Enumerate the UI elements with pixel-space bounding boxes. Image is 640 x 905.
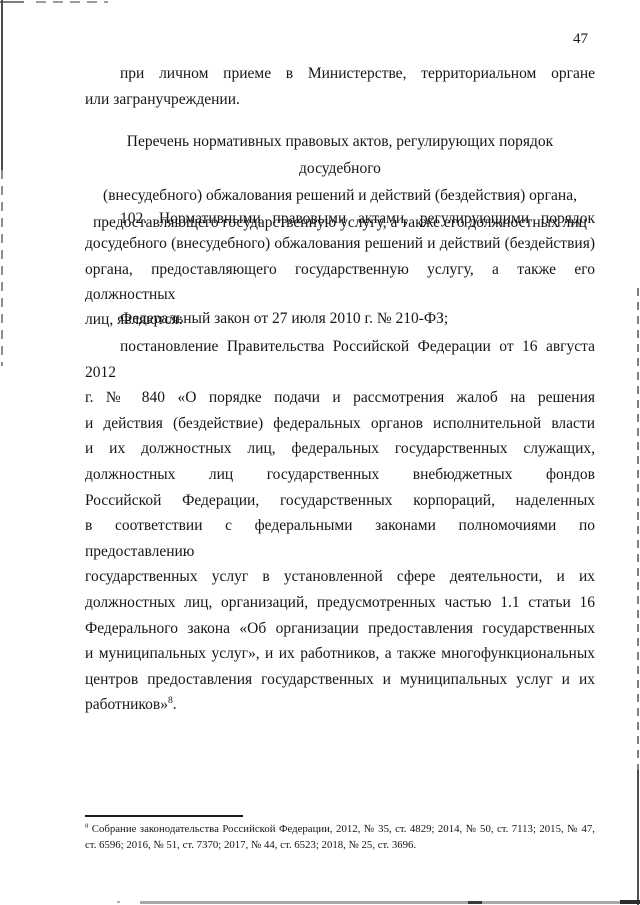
paragraph-law-210fz: Федеральный закон от 27 июля 2010 г. № 2… (85, 306, 595, 331)
scan-artifact-left-dashes (1, 170, 3, 366)
footnote: 8 Собрание законодательства Российской Ф… (85, 821, 595, 853)
text-line: Федеральный закон от 27 июля 2010 г. № 2… (85, 306, 595, 331)
text-line: Российской Федерации, государственных ко… (85, 488, 595, 514)
footnote-text: Собрание законодательства Российской Фед… (88, 823, 595, 835)
last-line-period: . (173, 696, 177, 713)
paragraph-resolution-840-last-line: работников»8. (85, 692, 595, 718)
text-line: досудебного (внесудебного) обжалования р… (85, 231, 595, 256)
text-line: должностных лиц государственных внебюдже… (85, 462, 595, 488)
text-line: при личном приеме в Министерстве, террит… (85, 61, 595, 87)
text-line: центров предоставления государственных и… (85, 667, 595, 693)
page-number: 47 (558, 31, 588, 48)
text-line: и их должностных лиц, федеральных госуда… (85, 436, 595, 462)
paragraph-resolution-840-lines: постановление Правительства Российской Ф… (85, 334, 595, 692)
footnote-line: 8 Собрание законодательства Российской Ф… (85, 821, 595, 837)
scan-artifact-right-line (637, 770, 639, 905)
text-line: постановление Правительства Российской Ф… (85, 334, 595, 385)
text-line: должностных лиц, организаций, предусмотр… (85, 590, 595, 616)
text-line: государственных услуг в установленной сф… (85, 564, 595, 590)
last-line-text: работников» (85, 696, 168, 713)
text-line: Федерального закона «Об организации пред… (85, 616, 595, 642)
text-line: и муниципальных услуг», и их работников,… (85, 641, 595, 667)
text-line: Перечень нормативных правовых актов, рег… (85, 128, 595, 182)
text-line: 102. Нормативными правовыми актами, регу… (85, 206, 595, 231)
paragraph-continuation: при личном приеме в Министерстве, террит… (85, 61, 595, 112)
scan-artifact-bottom-dot (117, 901, 120, 903)
text-line: и действия (бездействие) федеральных орг… (85, 411, 595, 437)
document-page: 47 при личном приеме в Министерстве, тер… (0, 0, 640, 905)
text-line: или загранучреждении. (85, 87, 595, 113)
scan-artifact-top-line (0, 1, 24, 3)
scan-artifact-bottom-corner (620, 900, 640, 904)
text-line: г. № 840 «О порядке подачи и рассмотрени… (85, 385, 595, 411)
text-line: органа, предоставляющего государственную… (85, 257, 595, 308)
text-line: (внесудебного) обжалования решений и дей… (85, 182, 595, 209)
scan-artifact-bottom-dark-segment (468, 901, 482, 904)
scan-artifact-right-dashes (637, 288, 639, 770)
paragraph-resolution-840: постановление Правительства Российской Ф… (85, 334, 595, 718)
text-line: в соответствии с федеральными законами п… (85, 513, 595, 564)
footnote-separator (85, 815, 243, 817)
scan-artifact-bottom-line (140, 901, 640, 904)
scan-artifact-left-line (1, 0, 3, 170)
scan-artifact-top-dashes (36, 1, 108, 3)
footnote-line: ст. 6596; 2016, № 51, ст. 7370; 2017, № … (85, 837, 595, 853)
